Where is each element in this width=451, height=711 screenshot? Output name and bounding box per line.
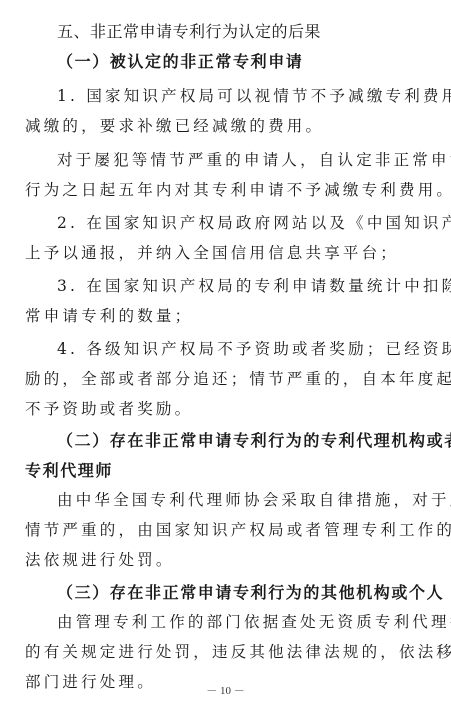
paragraph-line: 励的，全部或者部分追还；情节严重的，自本年度起五年内 — [25, 369, 427, 389]
page-number: － 10 － — [0, 682, 451, 698]
paragraph-line: 由管理专利工作的部门依据查处无资质专利代理行为 — [25, 612, 451, 632]
paragraph-line: 减缴的，要求补缴已经减缴的费用。 — [25, 116, 427, 136]
paragraph-line: 1. 国家知识产权局可以视情节不予减缴专利费用；已经 — [25, 86, 451, 106]
paragraph-line: 3. 在国家知识产权局的专利申请数量统计中扣除非正 — [25, 276, 451, 296]
paragraph-line: 行为之日起五年内对其专利申请不予减缴专利费用。 — [25, 180, 427, 200]
subsection-heading-1: （一）被认定的非正常专利申请 — [25, 52, 451, 72]
paragraph-line: 的有关规定进行处罚，违反其他法律法规的，依法移送有关 — [25, 642, 427, 662]
subsection-heading-2-cont: 专利代理师 — [25, 461, 427, 481]
paragraph-line: 上予以通报，并纳入全国信用信息共享平台； — [25, 243, 427, 263]
paragraph-line: 常申请专利的数量； — [25, 306, 427, 326]
paragraph-line: 情节严重的，由国家知识产权局或者管理专利工作的部门依 — [25, 520, 427, 540]
paragraph-line: 2. 在国家知识产权局政府网站以及《中国知识产权报》 — [25, 213, 451, 233]
paragraph-line: 4. 各级知识产权局不予资助或者奖励；已经资助或者奖 — [25, 339, 451, 359]
subsection-heading-3: （三）存在非正常申请专利行为的其他机构或个人 — [25, 583, 451, 603]
paragraph-line: 由中华全国专利代理师协会采取自律措施，对于屡犯等 — [25, 490, 451, 510]
paragraph-line: 对于屡犯等情节严重的申请人，自认定非正常申请专利 — [25, 150, 451, 170]
subsection-heading-2: （二）存在非正常申请专利行为的专利代理机构或者 — [25, 431, 451, 451]
paragraph-line: 不予资助或者奖励。 — [25, 399, 427, 419]
section-heading: 五、非正常申请专利行为认定的后果 — [25, 22, 451, 42]
paragraph-line: 法依规进行处罚。 — [25, 550, 427, 570]
